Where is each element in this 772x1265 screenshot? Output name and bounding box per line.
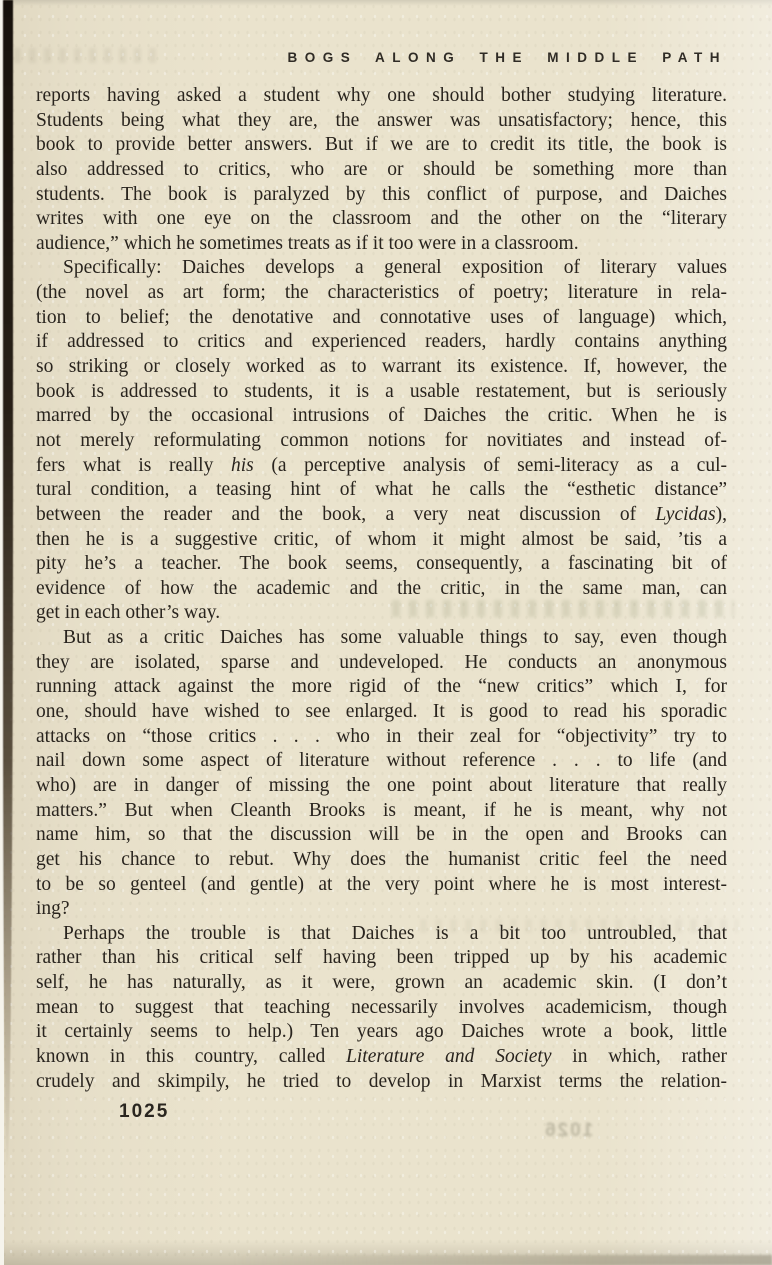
text-line: self, he has naturally, as it were, grow…: [36, 971, 727, 996]
running-head: BOGS ALONG THE MIDDLE PATH: [36, 50, 727, 65]
text-line: who) are in danger of missing the one po…: [36, 774, 727, 799]
text-line: students. The book is paralyzed by this …: [36, 183, 727, 208]
text-line: Specifically: Daiches develops a general…: [36, 256, 727, 281]
text-line: book to provide better answers. But if w…: [36, 133, 727, 158]
text-line: evidence of how the academic and the cri…: [36, 577, 727, 602]
text-line: not merely reformulating common notions …: [36, 429, 727, 454]
page-number: 1025: [119, 1101, 169, 1123]
text-line: to be so genteel (and gentle) at the ver…: [36, 873, 727, 898]
text-line: But as a critic Daiches has some valuabl…: [36, 626, 727, 651]
text-line: crudely and skimpily, he tried to develo…: [36, 1070, 727, 1095]
scanned-book-page: 1026 BOGS ALONG THE MIDDLE PATH reports …: [0, 0, 772, 1265]
page-bottom-edge-shadow: [0, 1255, 772, 1265]
text-line: it certainly seems to help.) Ten years a…: [36, 1020, 727, 1045]
text-line: tion to belief; the denotative and conno…: [36, 306, 727, 331]
paragraph: But as a critic Daiches has some valuabl…: [36, 626, 727, 922]
text-line: get in each other’s way.: [36, 601, 727, 626]
text-line: between the reader and the book, a very …: [36, 503, 727, 528]
text-line: Perhaps the trouble is that Daiches is a…: [36, 922, 727, 947]
text-line: Students being what they are, the answer…: [36, 109, 727, 134]
text-line: marred by the occasional intrusions of D…: [36, 404, 727, 429]
text-line: attacks on “those critics . . . who in t…: [36, 725, 727, 750]
text-line: tural condition, a teasing hint of what …: [36, 478, 727, 503]
paragraph: reports having asked a student why one s…: [36, 84, 727, 256]
text-line: known in this country, called Literature…: [36, 1045, 727, 1070]
text-line: one, should have wished to see enlarged.…: [36, 700, 727, 725]
text-line: matters.” But when Cleanth Brooks is mea…: [36, 799, 727, 824]
text-line: if addressed to critics and experienced …: [36, 330, 727, 355]
bleedthrough-page-number: 1026: [543, 1120, 593, 1142]
text-line: then he is a suggestive critic, of whom …: [36, 528, 727, 553]
text-line: running attack against the more rigid of…: [36, 675, 727, 700]
text-line: also addressed to critics, who are or sh…: [36, 158, 727, 183]
text-line: writes with one eye on the classroom and…: [36, 207, 727, 232]
text-line: name him, so that the discussion will be…: [36, 823, 727, 848]
book-gutter-shadow: [3, 0, 13, 1170]
text-line: so striking or closely worked as to warr…: [36, 355, 727, 380]
text-line: (the novel as art form; the characterist…: [36, 281, 727, 306]
text-line: rather than his critical self having bee…: [36, 946, 727, 971]
text-line: ing?: [36, 897, 727, 922]
text-line: nail down some aspect of literature with…: [36, 749, 727, 774]
text-line: they are isolated, sparse and undevelope…: [36, 651, 727, 676]
body-text: reports having asked a student why one s…: [36, 84, 727, 1094]
text-line: mean to suggest that teaching necessaril…: [36, 996, 727, 1021]
paragraph: Specifically: Daiches develops a general…: [36, 256, 727, 626]
text-line: book is addressed to students, it is a u…: [36, 380, 727, 405]
text-line: audience,” which he sometimes treats as …: [36, 232, 727, 257]
paragraph: Perhaps the trouble is that Daiches is a…: [36, 922, 727, 1094]
text-line: fers what is really his (a perceptive an…: [36, 454, 727, 479]
text-line: reports having asked a student why one s…: [36, 84, 727, 109]
text-line: get his chance to rebut. Why does the hu…: [36, 848, 727, 873]
text-line: pity he’s a teacher. The book seems, con…: [36, 552, 727, 577]
